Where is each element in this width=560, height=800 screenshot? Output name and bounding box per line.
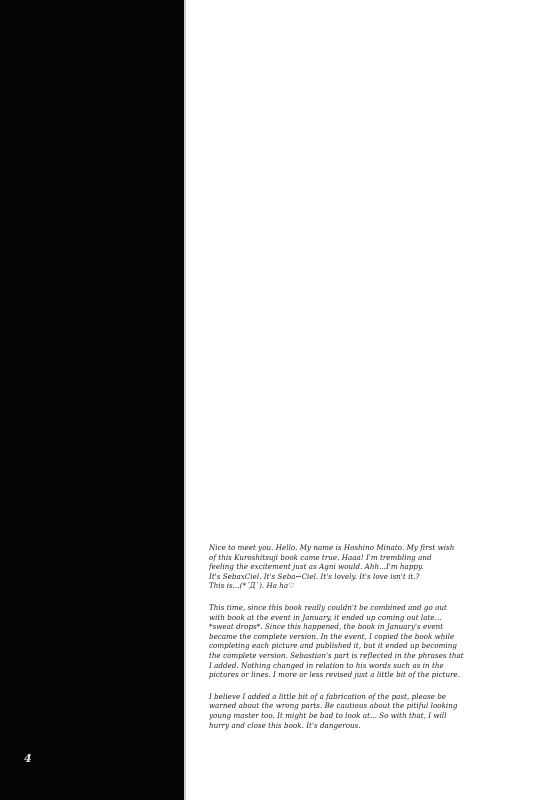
text-line: completing each picture and published it… [209, 641, 549, 651]
afterword-paragraph-3: I believe I added a little bit of a fabr… [209, 692, 549, 730]
text-line: *sweat drops*. Since this happened, the … [209, 622, 549, 632]
text-line: hurry and close this book. It's dangerou… [209, 721, 549, 731]
text-line: young master too. It might be bad to loo… [209, 711, 549, 721]
text-line: warned about the wrong parts. Be cautiou… [209, 701, 549, 711]
afterword-text-block: Nice to meet you. Hello. My name is Hosh… [209, 543, 549, 742]
black-margin-panel: 4 [0, 0, 184, 800]
text-line: I believe I added a little bit of a fabr… [209, 692, 549, 702]
text-line: with book at the event in January, it en… [209, 613, 549, 623]
text-line: of this Kuroshitsuji book came true. Haa… [209, 553, 549, 563]
text-line: I added. Nothing changed in relation to … [209, 661, 549, 671]
text-line: It's SebaxCiel. It's Seba←Ciel. It's lov… [209, 572, 549, 582]
text-line: Nice to meet you. Hello. My name is Hosh… [209, 543, 549, 553]
text-line: became the complete version. In the even… [209, 632, 549, 642]
page-number: 4 [24, 752, 32, 765]
text-line: This time, since this book really couldn… [209, 603, 549, 613]
text-line: pictures or lines. I more or less revise… [209, 670, 549, 680]
afterword-paragraph-1: Nice to meet you. Hello. My name is Hosh… [209, 543, 549, 591]
text-line: feeling the excitement just as Agni woul… [209, 562, 549, 572]
afterword-paragraph-2: This time, since this book really couldn… [209, 603, 549, 680]
text-line: the complete version. Sebastian's part i… [209, 651, 549, 661]
text-line: This is...(*´Д`). Ha ha♡ [209, 581, 549, 591]
